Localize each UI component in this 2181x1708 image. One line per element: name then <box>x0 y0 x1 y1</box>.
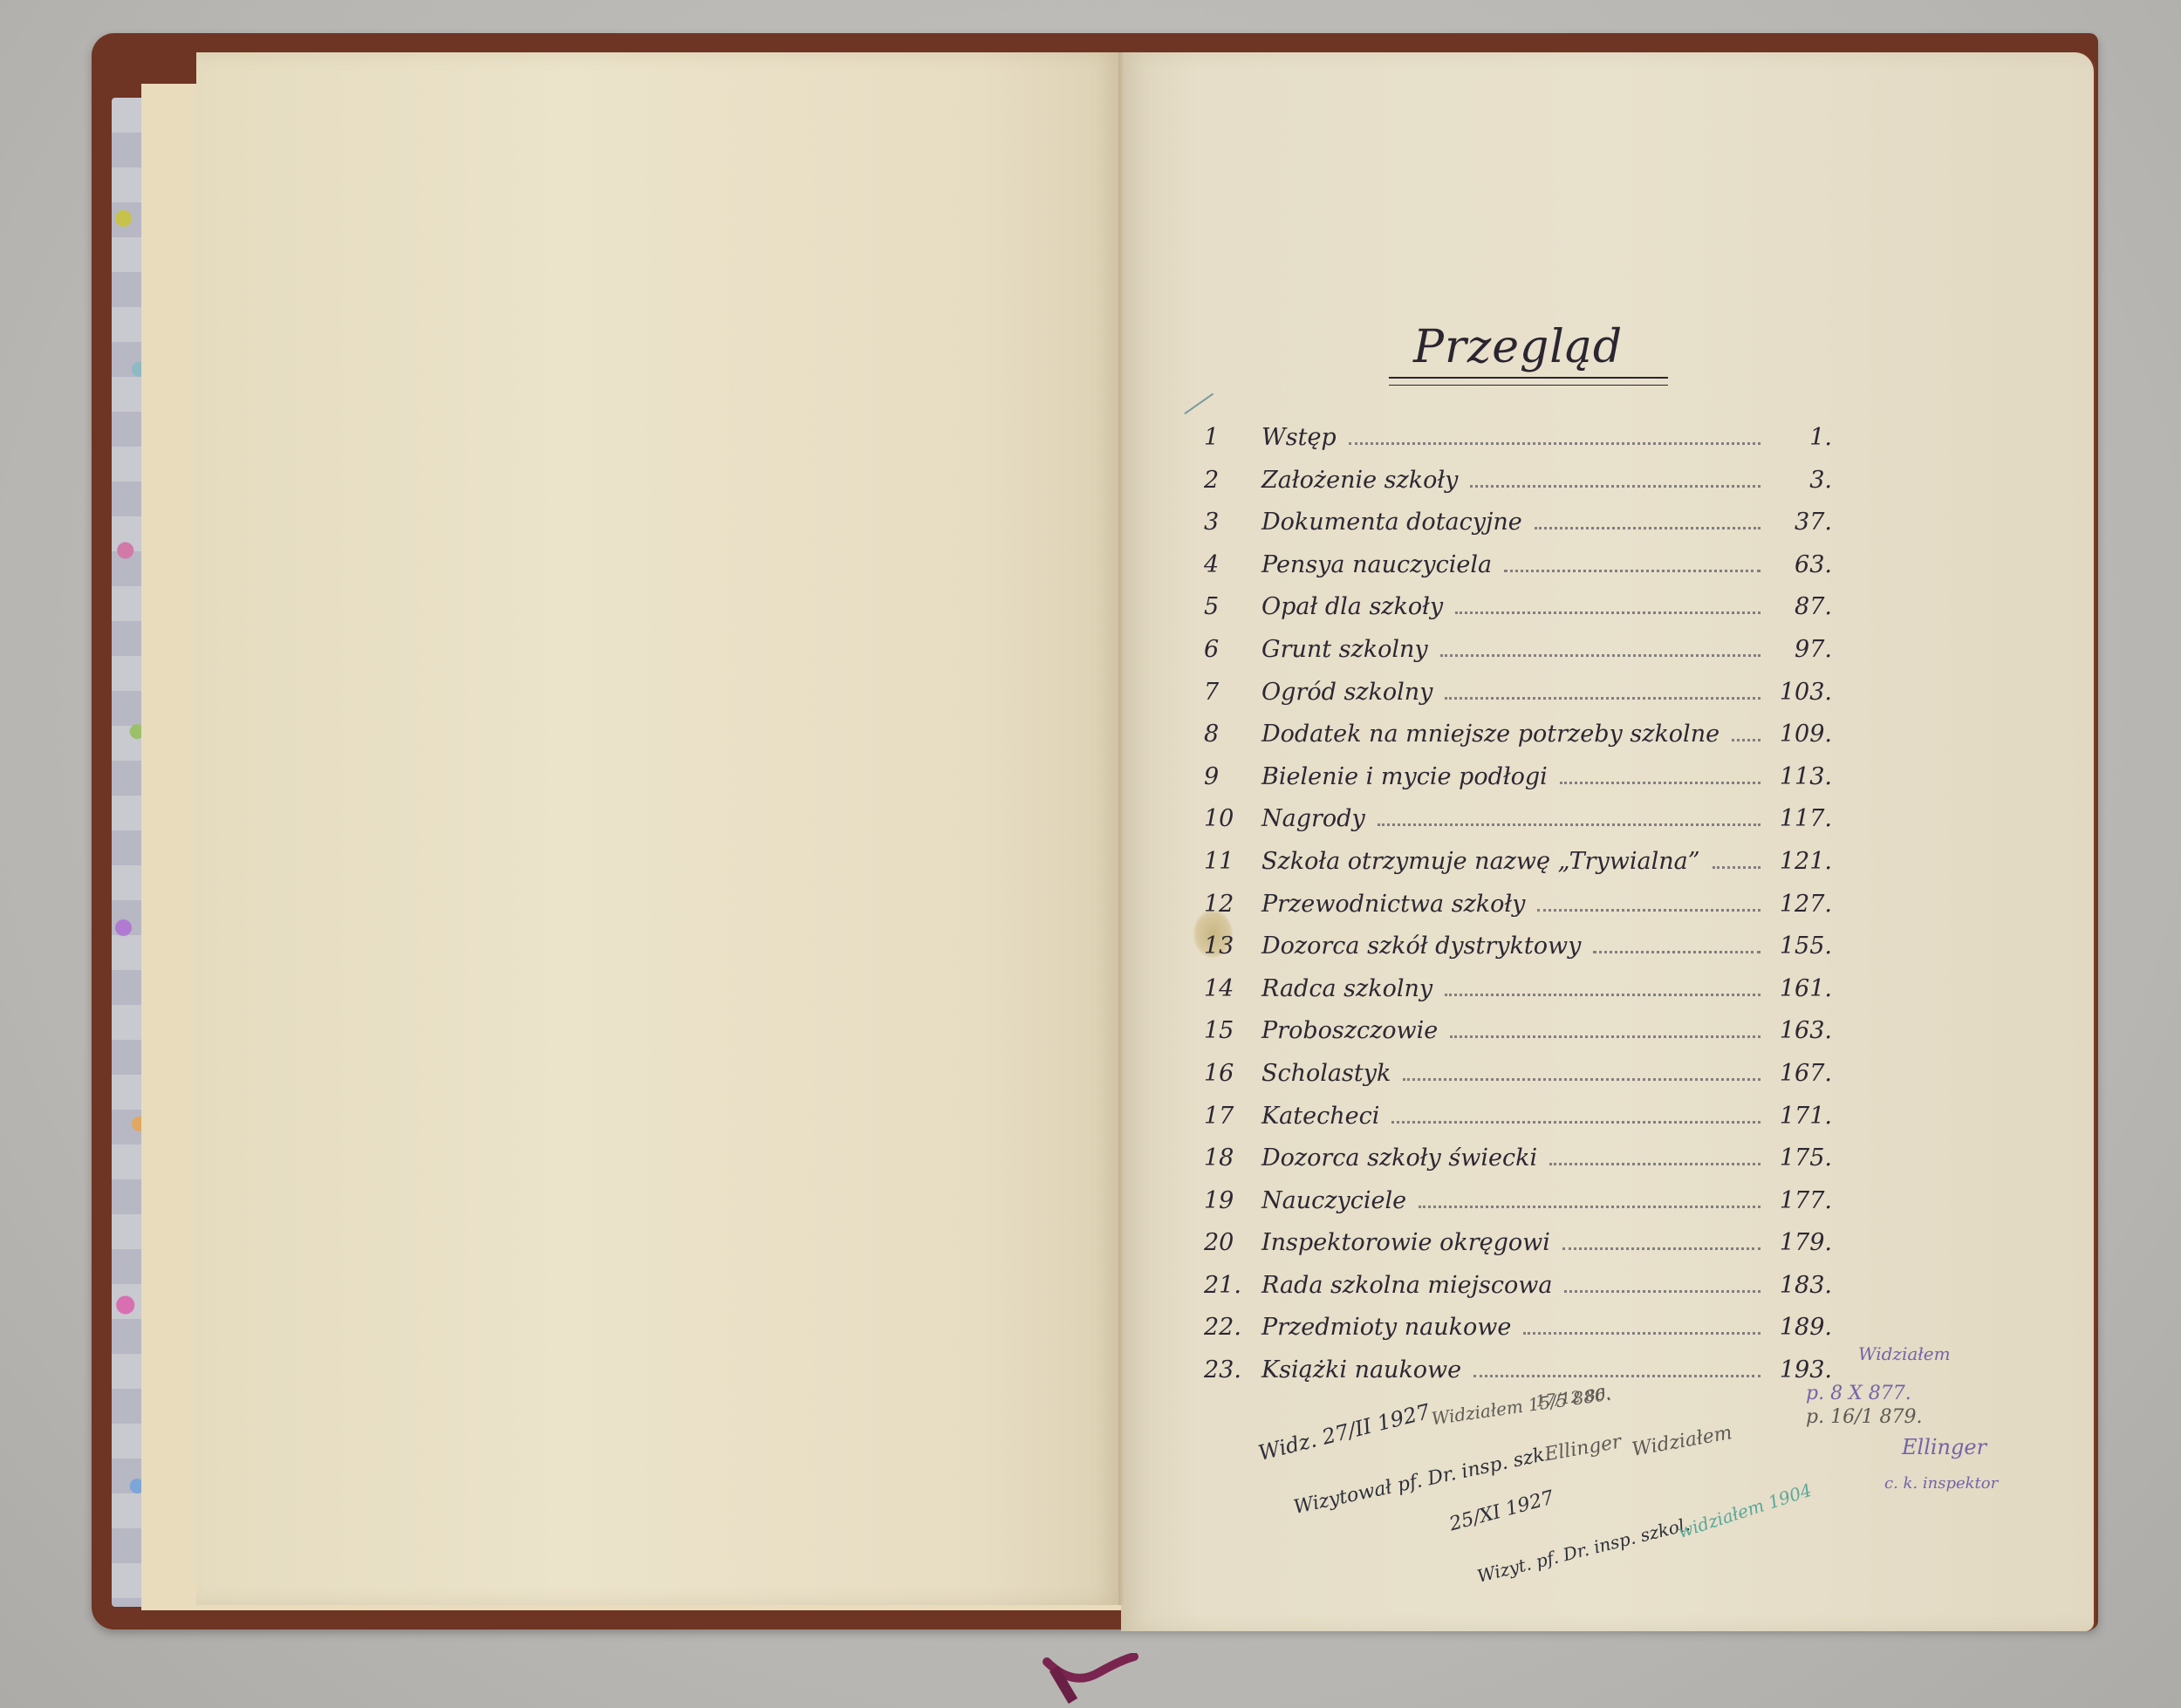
entry-page: 63. <box>1771 551 1832 578</box>
entry-label: Nauczyciele <box>1258 1187 1406 1214</box>
entry-label: Założenie szkoły <box>1258 467 1458 494</box>
entry-number: 19 <box>1204 1187 1258 1214</box>
book-gutter <box>1118 52 1124 1605</box>
leader-dots <box>1535 527 1761 529</box>
leader-dots <box>1713 866 1761 869</box>
entry-number: 8 <box>1204 721 1258 748</box>
entry-number: 5 <box>1204 593 1258 620</box>
toc-entry: 12Przewodnictwa szkoły127. <box>1204 891 1832 933</box>
entry-page: 127. <box>1771 891 1832 918</box>
entry-number: 14 <box>1204 975 1258 1002</box>
leader-dots <box>1593 951 1761 953</box>
entry-label: Proboszczowie <box>1258 1017 1438 1044</box>
toc-entry: 11Szkoła otrzymuje nazwę „Trywialna”121. <box>1204 848 1832 891</box>
table-of-contents: 1Wstęp1. 2Założenie szkoły3. 3Dokumenta … <box>1204 424 1832 1399</box>
leader-dots <box>1470 485 1761 488</box>
toc-entry: 17Katecheci171. <box>1204 1103 1832 1145</box>
entry-number: 4 <box>1204 551 1258 578</box>
entry-page: 37. <box>1771 509 1832 536</box>
toc-entry: 19Nauczyciele177. <box>1204 1187 1832 1230</box>
entry-label: Dozorca szkoły świecki <box>1258 1144 1537 1172</box>
annotation-date-1879: p. 16/1 879. <box>1806 1406 1922 1428</box>
entry-label: Przewodnictwa szkoły <box>1258 891 1525 918</box>
entry-page: 97. <box>1771 636 1832 663</box>
toc-entry: 21.Rada szkolna miejscowa183. <box>1204 1272 1832 1315</box>
leader-dots <box>1403 1078 1761 1081</box>
entry-number: 20 <box>1204 1229 1258 1256</box>
title-underline <box>1389 377 1668 386</box>
toc-entry: 14Radca szkolny161. <box>1204 975 1832 1018</box>
entry-number: 22. <box>1204 1314 1258 1341</box>
entry-label: Bielenie i mycie podłogi <box>1258 763 1548 790</box>
leader-dots <box>1450 1035 1761 1038</box>
entry-page: 3. <box>1771 467 1832 494</box>
entry-page: 121. <box>1771 848 1832 875</box>
entry-page: 167. <box>1771 1060 1832 1087</box>
entry-page: 179. <box>1771 1229 1832 1256</box>
entry-page: 189. <box>1771 1314 1832 1341</box>
entry-number: 17 <box>1204 1103 1258 1130</box>
entry-number: 10 <box>1204 805 1258 832</box>
entry-number: 6 <box>1204 636 1258 663</box>
entry-page: 109. <box>1771 721 1832 748</box>
entry-label: Dokumenta dotacyjne <box>1258 509 1522 536</box>
toc-entry: 16Scholastyk167. <box>1204 1060 1832 1103</box>
entry-page: 117. <box>1771 805 1832 832</box>
entry-label: Scholastyk <box>1258 1060 1391 1087</box>
entry-number: 15 <box>1204 1017 1258 1044</box>
leader-dots <box>1549 1163 1761 1165</box>
toc-entry: 23.Książki naukowe193. <box>1204 1356 1832 1399</box>
entry-page: 113. <box>1771 763 1832 790</box>
entry-label: Radca szkolny <box>1258 975 1432 1002</box>
entry-label: Książki naukowe <box>1258 1356 1461 1383</box>
toc-entry: 18Dozorca szkoły świecki175. <box>1204 1144 1832 1187</box>
toc-entry: 3Dokumenta dotacyjne37. <box>1204 509 1832 551</box>
toc-entry: 13Dozorca szkół dystryktowy155. <box>1204 933 1832 975</box>
leader-dots <box>1523 1332 1761 1335</box>
entry-number: 21. <box>1204 1272 1258 1299</box>
toc-entry: 10Nagrody117. <box>1204 805 1832 848</box>
toc-entry: 2Założenie szkoły3. <box>1204 467 1832 509</box>
entry-label: Dodatek na mniejsze potrzeby szkolne <box>1258 721 1720 748</box>
leader-dots <box>1560 782 1761 784</box>
annotation-seen-violet: Widziałem <box>1858 1343 1951 1364</box>
entry-page: 177. <box>1771 1187 1832 1214</box>
entry-number: 18 <box>1204 1144 1258 1172</box>
entry-number: 16 <box>1204 1060 1258 1087</box>
entry-page: 171. <box>1771 1103 1832 1130</box>
leader-dots <box>1562 1247 1761 1250</box>
entry-number: 12 <box>1204 891 1258 918</box>
bookmark-ribbon[interactable] <box>1038 1653 1152 1705</box>
left-page-blank <box>196 52 1121 1605</box>
entry-label: Grunt szkolny <box>1258 636 1428 663</box>
page-title: Przegląd <box>1413 321 1623 373</box>
leader-dots <box>1440 654 1761 657</box>
entry-page: 87. <box>1771 593 1832 620</box>
leader-dots <box>1349 442 1761 445</box>
entry-page: 103. <box>1771 679 1832 706</box>
leader-dots <box>1391 1121 1761 1124</box>
entry-number: 1 <box>1204 424 1258 451</box>
entry-number: 13 <box>1204 933 1258 960</box>
toc-entry: 8Dodatek na mniejsze potrzeby szkolne109… <box>1204 721 1832 763</box>
entry-page: 161. <box>1771 975 1832 1002</box>
toc-entry: 9Bielenie i mycie podłogi113. <box>1204 763 1832 806</box>
entry-label: Dozorca szkół dystryktowy <box>1258 933 1581 960</box>
entry-page: 183. <box>1771 1272 1832 1299</box>
entry-label: Rada szkolna miejscowa <box>1258 1272 1552 1299</box>
entry-label: Wstęp <box>1258 424 1337 451</box>
leader-dots <box>1473 1375 1761 1377</box>
entry-page: 1. <box>1771 424 1832 451</box>
leader-dots <box>1504 570 1761 572</box>
toc-entry: 7Ogród szkolny103. <box>1204 679 1832 721</box>
toc-entry: 6Grunt szkolny97. <box>1204 636 1832 679</box>
toc-entry: 20Inspektorowie okręgowi179. <box>1204 1229 1832 1272</box>
entry-label: Katecheci <box>1258 1103 1379 1130</box>
annotation-ck-inspector: c. k. inspektor <box>1884 1474 1998 1493</box>
toc-entry: 22.Przedmioty naukowe189. <box>1204 1314 1832 1356</box>
entry-label: Przedmioty naukowe <box>1258 1314 1511 1341</box>
toc-entry: 1Wstęp1. <box>1204 424 1832 467</box>
leader-dots <box>1537 909 1761 912</box>
toc-entry: 4Pensya nauczyciela63. <box>1204 551 1832 594</box>
leader-dots <box>1732 739 1761 741</box>
toc-entry: 5Opał dla szkoły87. <box>1204 593 1832 636</box>
leader-dots <box>1455 611 1761 614</box>
annotation-ellinger-signature-2: Ellinger <box>1902 1435 1986 1459</box>
entry-label: Nagrody <box>1258 805 1365 832</box>
entry-number: 7 <box>1204 679 1258 706</box>
entry-number: 23. <box>1204 1356 1258 1383</box>
entry-page: 155. <box>1771 933 1832 960</box>
entry-page: 175. <box>1771 1144 1832 1172</box>
leader-dots <box>1564 1290 1761 1293</box>
leader-dots <box>1419 1206 1761 1208</box>
entry-label: Szkoła otrzymuje nazwę „Trywialna” <box>1258 848 1700 875</box>
entry-page: 163. <box>1771 1017 1832 1044</box>
toc-entry: 15Proboszczowie163. <box>1204 1017 1832 1060</box>
entry-label: Opał dla szkoły <box>1258 593 1443 620</box>
entry-number: 3 <box>1204 509 1258 536</box>
leader-dots <box>1445 697 1761 700</box>
entry-number: 11 <box>1204 848 1258 875</box>
entry-label: Inspektorowie okręgowi <box>1258 1229 1550 1256</box>
entry-page: 193. <box>1771 1356 1832 1383</box>
entry-label: Ogród szkolny <box>1258 679 1432 706</box>
entry-label: Pensya nauczyciela <box>1258 551 1492 578</box>
leader-dots <box>1445 994 1761 996</box>
entry-number: 9 <box>1204 763 1258 790</box>
leader-dots <box>1378 823 1761 826</box>
entry-number: 2 <box>1204 467 1258 494</box>
annotation-date-1877: p. 8 X 877. <box>1806 1383 1911 1404</box>
